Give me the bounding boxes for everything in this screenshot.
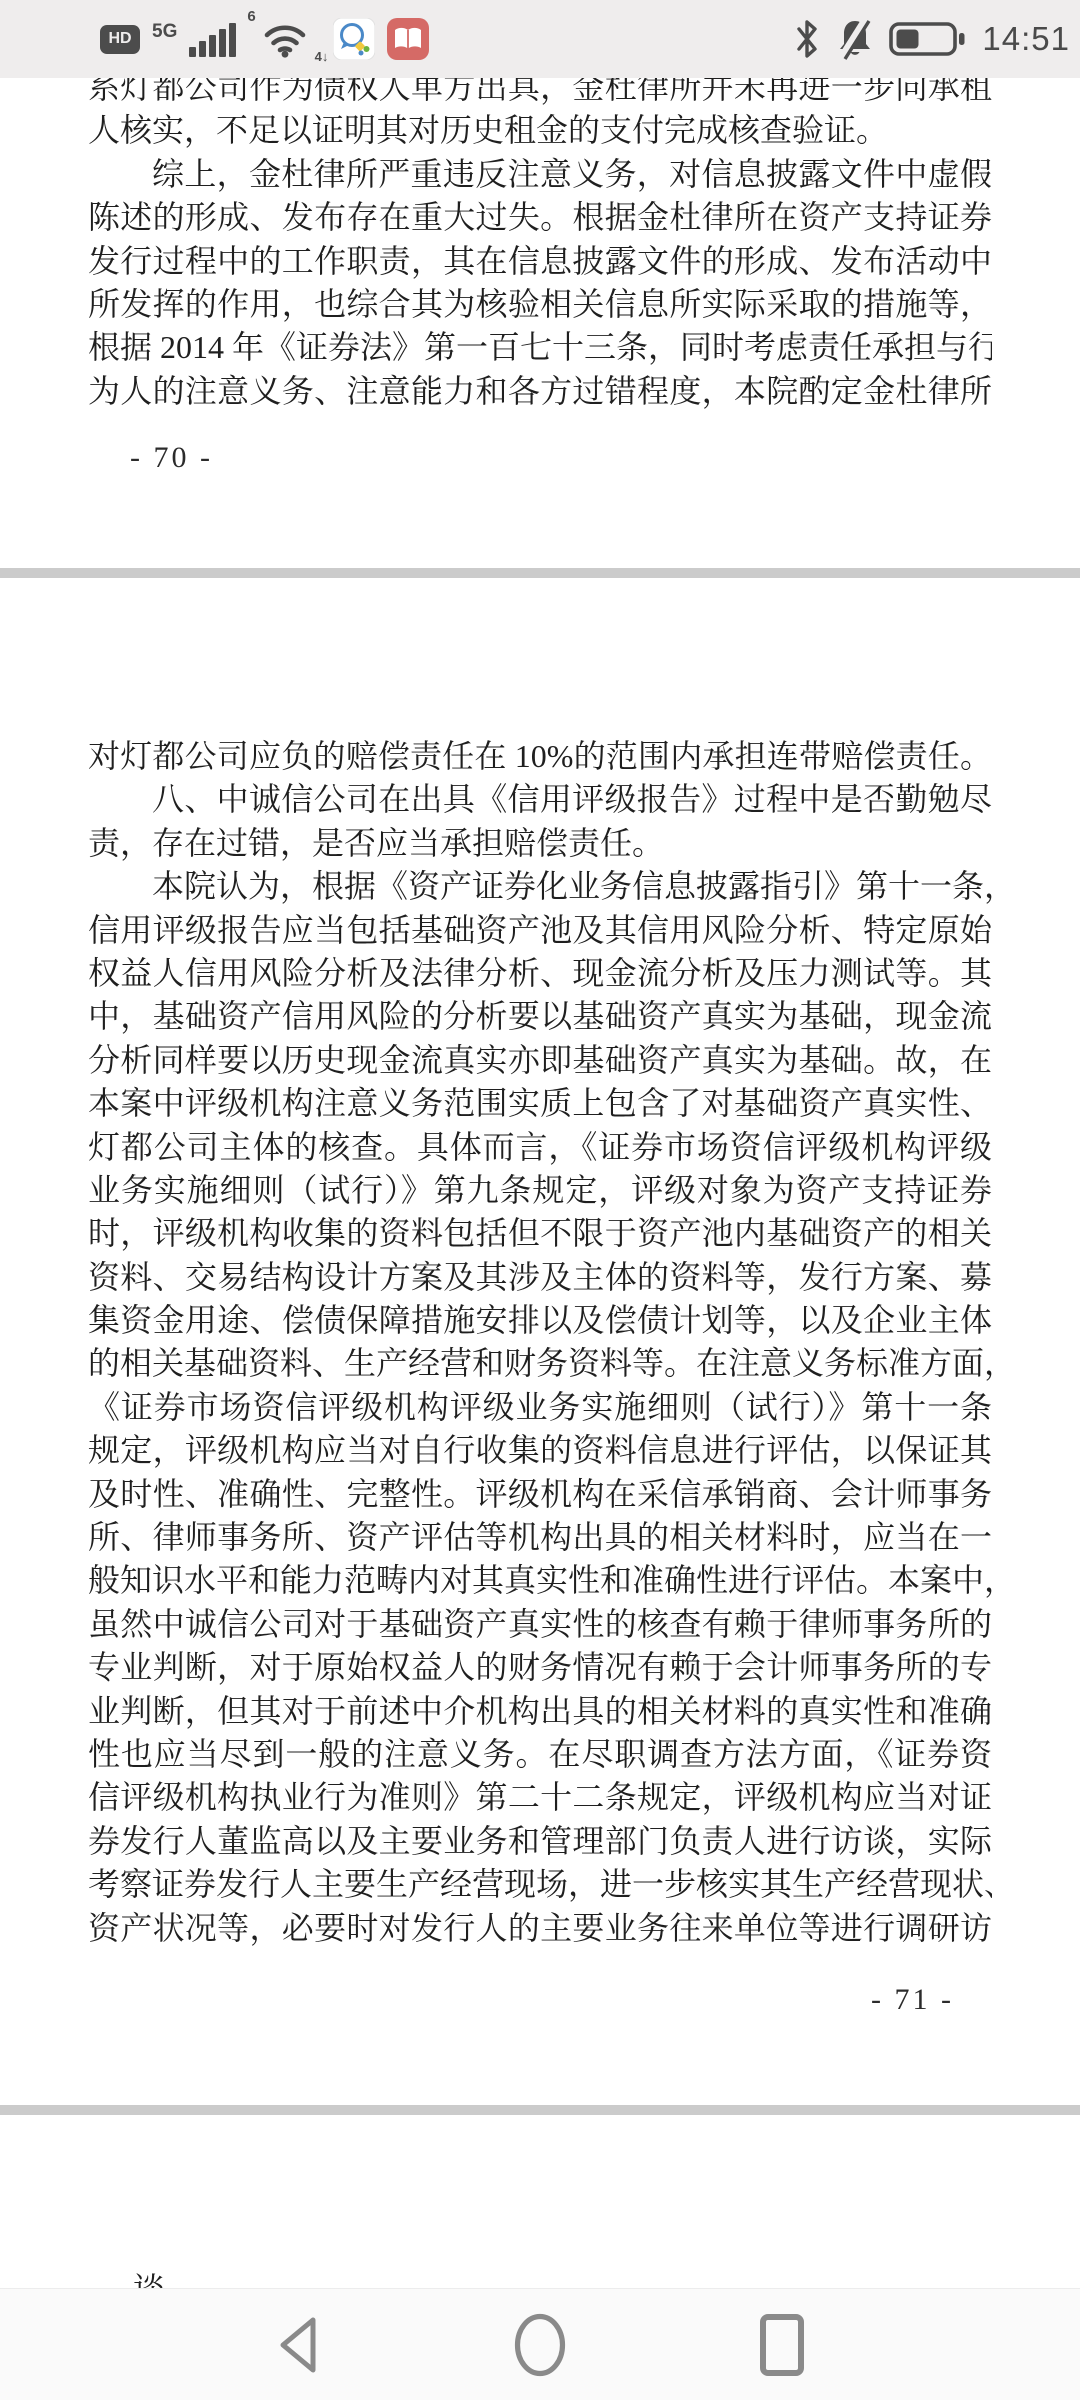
text-line: 虽然中诚信公司对于基础资产真实性的核查有赖于律师事务所的 [88, 1603, 992, 1646]
text-line: 八、中诚信公司在出具《信用评级报告》过程中是否勤勉尽 [88, 778, 992, 821]
text-line: 业判断，但其对于前述中介机构出具的相关材料的真实性和准确 [88, 1690, 992, 1733]
status-bar: HD 5G 6 [0, 0, 1080, 78]
hd-badge-icon: HD [100, 25, 140, 54]
page-70-text: 系灯都公司作为债权人单方出具，金杜律所并未再进一步向承租 人核实，不足以证明其对… [88, 66, 992, 413]
wifi-indicator: 6 4↓ [251, 20, 321, 58]
android-navigation-bar [0, 2288, 1080, 2400]
text-line: 人核实，不足以证明其对历史租金的支付完成核查验证。 [88, 109, 992, 152]
wifi-speed-label: 4↓ [315, 49, 329, 64]
text-line: 中，基础资产信用风险的分析要以基础资产真实为基础，现金流 [88, 995, 992, 1038]
text-line: 发行过程中的工作职责，其在信息披露文件的形成、发布活动中 [88, 240, 992, 283]
text-line: 责，存在过错，是否应当承担赔偿责任。 [88, 822, 992, 865]
text-line: 及时性、准确性、完整性。评级机构在采信承销商、会计师事务 [88, 1473, 992, 1516]
signal-strength-icon [189, 21, 237, 57]
text-line: 券发行人董监高以及主要业务和管理部门负责人进行访谈，实际 [88, 1820, 992, 1863]
text-line: 时，评级机构收集的资料包括但不限于资产池内基础资产的相关 [88, 1212, 992, 1255]
chat-app-notification-icon [333, 18, 375, 60]
phone-screen: HD 5G 6 [0, 0, 1080, 2400]
status-bar-left: HD 5G 6 [0, 18, 429, 60]
text-line: 综上，金杜律所严重违反注意义务，对信息披露文件中虚假 [88, 153, 992, 196]
wifi-icon [263, 20, 307, 58]
text-line: 所发挥的作用，也综合其为核验相关信息所实际采取的措施等， [88, 283, 992, 326]
page-gap-divider [0, 2105, 1080, 2115]
page-number-71: - 71 - [871, 1983, 954, 2017]
wifi6-label: 6 [247, 8, 255, 25]
reading-app-notification-icon [387, 18, 429, 60]
page-71-text: 对灯都公司应负的赔偿责任在 10%的范围内承担连带赔偿责任。 八、中诚信公司在出… [88, 735, 992, 1950]
text-line: 般知识水平和能力范畴内对其真实性和准确性进行评估。本案中， [88, 1559, 992, 1602]
text-line: 业务实施细则（试行）》第九条规定，评级对象为资产支持证券 [88, 1169, 992, 1212]
status-bar-right: 14:51 [793, 17, 1080, 61]
recents-square-icon [756, 2312, 808, 2378]
bluetooth-icon [793, 18, 821, 60]
text-line: 分析同样要以历史现金流真实亦即基础资产真实为基础。故，在 [88, 1039, 992, 1082]
home-button[interactable] [508, 2313, 572, 2377]
text-line: 考察证券发行人主要生产经营现场，进一步核实其生产经营现状、 [88, 1863, 992, 1906]
battery-icon [889, 19, 967, 59]
text-line: 权益人信用风险分析及法律分析、现金流分析及压力测试等。其 [88, 952, 992, 995]
text-line: 为人的注意义务、注意能力和各方过错程度，本院酌定金杜律所 [88, 370, 992, 413]
back-button[interactable] [266, 2313, 330, 2377]
text-line: 的相关基础资料、生产经营和财务资料等。在注意义务标准方面， [88, 1342, 992, 1385]
text-line: 信评级机构执业行为准则》第二十二条规定，评级机构应当对证 [88, 1776, 992, 1819]
text-line: 对灯都公司应负的赔偿责任在 10%的范围内承担连带赔偿责任。 [88, 735, 992, 778]
text-line: 《证券市场资信评级机构评级业务实施细则（试行）》第十一条 [88, 1386, 992, 1429]
network-type-label: 5G [152, 21, 177, 43]
text-line: 本案中评级机构注意义务范围实质上包含了对基础资产真实性、 [88, 1082, 992, 1125]
text-line: 根据 2014 年《证券法》第一百七十三条，同时考虑责任承担与行 [88, 326, 992, 369]
text-line: 专业判断，对于原始权益人的财务情况有赖于会计师事务所的专 [88, 1646, 992, 1689]
page-gap-divider [0, 568, 1080, 578]
document-viewer[interactable]: 系灯都公司作为债权人单方出具，金杜律所并未再进一步向承租 人核实，不足以证明其对… [0, 0, 1080, 2400]
text-line: 所、律师事务所、资产评估等机构出具的相关材料时，应当在一 [88, 1516, 992, 1559]
text-line: 集资金用途、偿债保障措施安排以及偿债计划等，以及企业主体 [88, 1299, 992, 1342]
text-line: 本院认为，根据《资产证券化业务信息披露指引》第十一条， [88, 865, 992, 908]
clock-label: 14:51 [982, 20, 1070, 58]
recents-button[interactable] [750, 2313, 814, 2377]
text-line: 规定，评级机构应当对自行收集的资料信息进行评估，以保证其 [88, 1429, 992, 1472]
text-line: 信用评级报告应当包括基础资产池及其信用风险分析、特定原始 [88, 909, 992, 952]
text-line: 陈述的形成、发布存在重大过失。根据金杜律所在资产支持证券 [88, 196, 992, 239]
home-circle-icon [511, 2312, 569, 2378]
text-line: 性也应当尽到一般的注意义务。在尽职调查方法方面，《证券资 [88, 1733, 992, 1776]
notification-muted-icon [834, 17, 876, 61]
back-triangle-icon [275, 2313, 321, 2377]
text-line: 灯都公司主体的核查。具体而言，《证券市场资信评级机构评级 [88, 1126, 992, 1169]
text-line: 资产状况等，必要时对发行人的主要业务往来单位等进行调研访 [88, 1907, 992, 1950]
text-line: 资料、交易结构设计方案及其涉及主体的资料等，发行方案、募 [88, 1256, 992, 1299]
page-number-70: - 70 - [130, 441, 213, 475]
